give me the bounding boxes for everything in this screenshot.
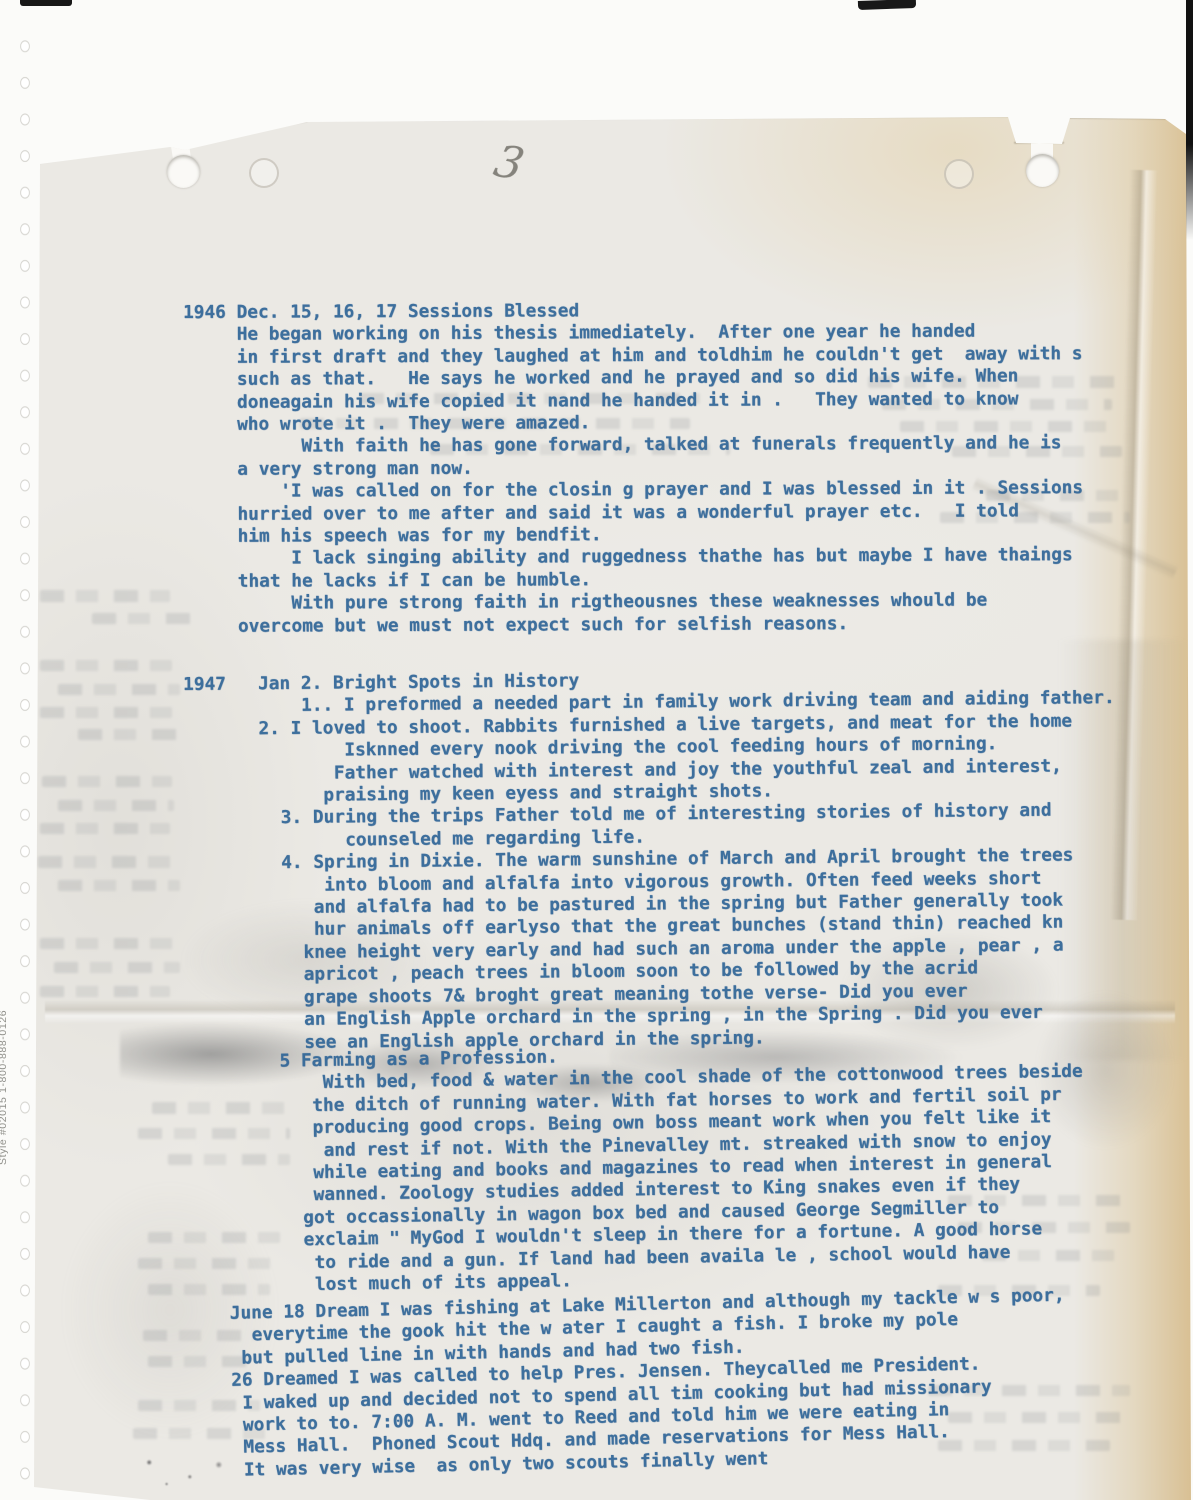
scanner-artifact [20,0,72,6]
typed-text-block-june: June 18 Dream I was fishing at Lake Mill… [176,1285,1068,1484]
scanner-artifact [1186,0,1193,240]
sheet-top-edge [305,114,1010,120]
ghost-text [40,823,170,834]
punch-hole [1026,154,1059,187]
ghost-text [58,800,174,811]
sheet-edge-notch [1015,118,1017,144]
typed-text-block-1947: 1947 Jan 2. Bright Spots in History 1.. … [183,665,1118,1055]
sheet-edge-notch [1061,118,1063,144]
sheet-top-edge [1068,117,1168,120]
ghost-text [40,660,172,671]
punch-hole-impression [249,158,279,188]
scanned-document-page: Style #02015 1-800-888-0126 [0,0,1193,1500]
paper-sheet: 3 1946 Dec. 15, 16, 17 Sessions Blessed … [0,0,1193,1500]
scanner-artifact [858,0,916,10]
ghost-text [58,684,180,695]
ghost-text [54,962,180,973]
typed-text-block-1946: 1946 Dec. 15, 16, 17 Sessions Blessed He… [183,298,1084,638]
ghost-text [40,986,170,997]
ghost-text [40,590,170,602]
binding-style-label: Style #02015 1-800-888-0126 [0,845,13,1165]
ghost-text [38,856,180,868]
typed-text-block-farming: 5 Farming as a Profession. With bed, foo… [183,1039,1086,1299]
ghost-text [78,729,180,740]
ghost-text [92,613,196,624]
punch-hole-impression [944,159,974,189]
ghost-text [40,707,172,718]
ghost-text [58,880,180,891]
ghost-text [42,776,172,787]
ghost-text [40,938,176,949]
punch-hole [167,155,200,188]
page-number: 3 [489,136,529,190]
typed-line: overcome but we must not expect such for… [184,612,1083,638]
